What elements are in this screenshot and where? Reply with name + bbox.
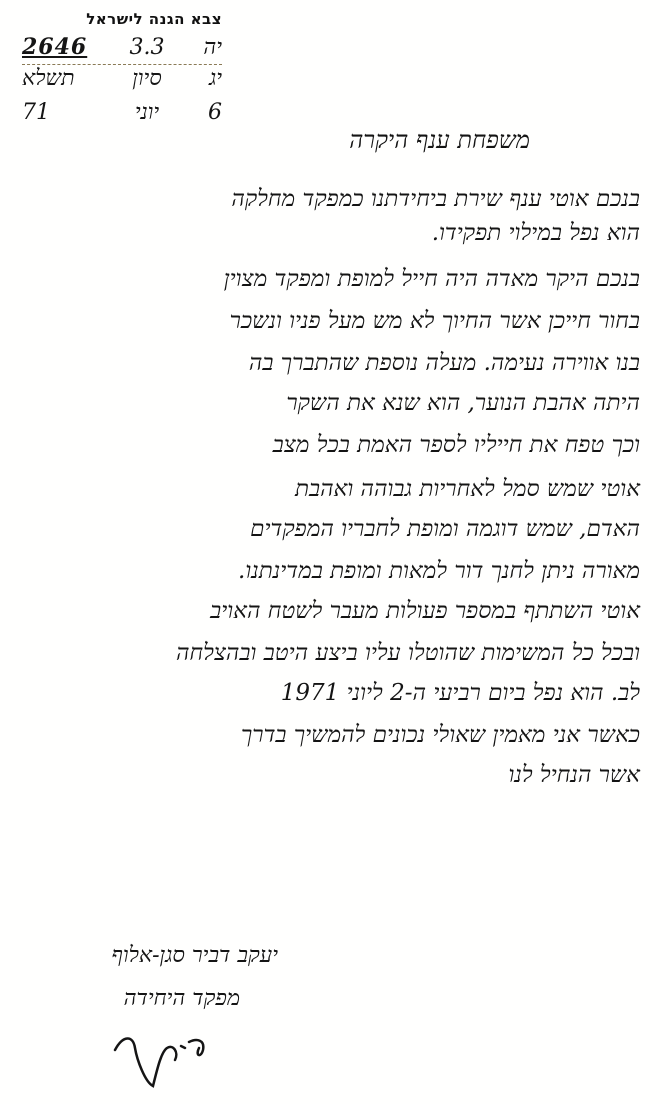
letter-line: מאורה ניתן לחנך דור למאות ומופת במדינתנו… (238, 560, 640, 583)
signature-title: מפקד היחידה (124, 985, 240, 1011)
letter-line: אוטי השתתף במספר פעולות מעבר לשטח האויב (210, 600, 640, 623)
letterhead-organization: צבא הגנה לישראל (22, 10, 222, 28)
gregorian-year: 71 (22, 100, 112, 125)
signature-name: יעקב דביר סגן-אלוף (112, 942, 278, 968)
letter-line: אשר הנחיל לנו (509, 764, 641, 787)
reference-number: 2646 (22, 34, 112, 60)
reference-block: יה 3.3 2646 יג סיון תשלא 6 יוני 71 (22, 34, 222, 133)
hebrew-month: סיון (112, 65, 182, 91)
letter-line: היתה אהבת הנוער, הוא שנא את השקר (286, 392, 640, 415)
letter-line: בחור חייכן אשר החיוך לא מש מעל פניו ונשכ… (230, 310, 640, 333)
letter-line: האדם, שמש דוגמה ומופת לחבריו המפקדים (250, 518, 640, 541)
reference-label: יה (182, 34, 222, 60)
gregorian-month: יוני (112, 99, 182, 125)
gregorian-day: 6 (182, 100, 222, 125)
hebrew-year: תשלא (22, 65, 112, 91)
letter-line: בנכם היקר מאדה היה חייל למופת ומפקד מצוי… (224, 268, 640, 291)
letter-line: הוא נפל במילוי תפקידו. (432, 222, 640, 245)
letter-line: אוטי שמש סמל לאחריות גבוהה ואהבת (295, 478, 640, 501)
letter-line: לב. הוא נפל ביום רביעי ה-2 ליוני 1971 (281, 682, 640, 705)
letter-line: וכך טפח את חייליו לספר האמת בכל מצב (273, 434, 640, 457)
letter-line: ובכל כל המשימות שהוטלו עליו ביצע היטב וב… (176, 642, 640, 665)
letter-salutation: משפחת ענף היקרה (349, 128, 530, 152)
letter-line: בנכם אוטי ענף שירת ביחידתנו כמפקד מחלקה (231, 188, 640, 211)
reference-day: 3.3 (112, 35, 182, 60)
letter-line: כאשר אני מאמין שאולי נכונים להמשיך בדרך (241, 724, 640, 747)
reference-row-gregorian-date: 6 יוני 71 (22, 99, 222, 133)
letter-page: צבא הגנה לישראל יה 3.3 2646 יג סיון תשלא… (0, 0, 670, 1104)
reference-row-number: יה 3.3 2646 (22, 34, 222, 65)
letter-line: בנו אווירה נעימה. מעלה נוספת שהתברך בה (249, 352, 640, 375)
reference-row-hebrew-date: יג סיון תשלא (22, 65, 222, 99)
handwritten-signature-icon (105, 1030, 225, 1090)
hebrew-day: יג (182, 65, 222, 91)
